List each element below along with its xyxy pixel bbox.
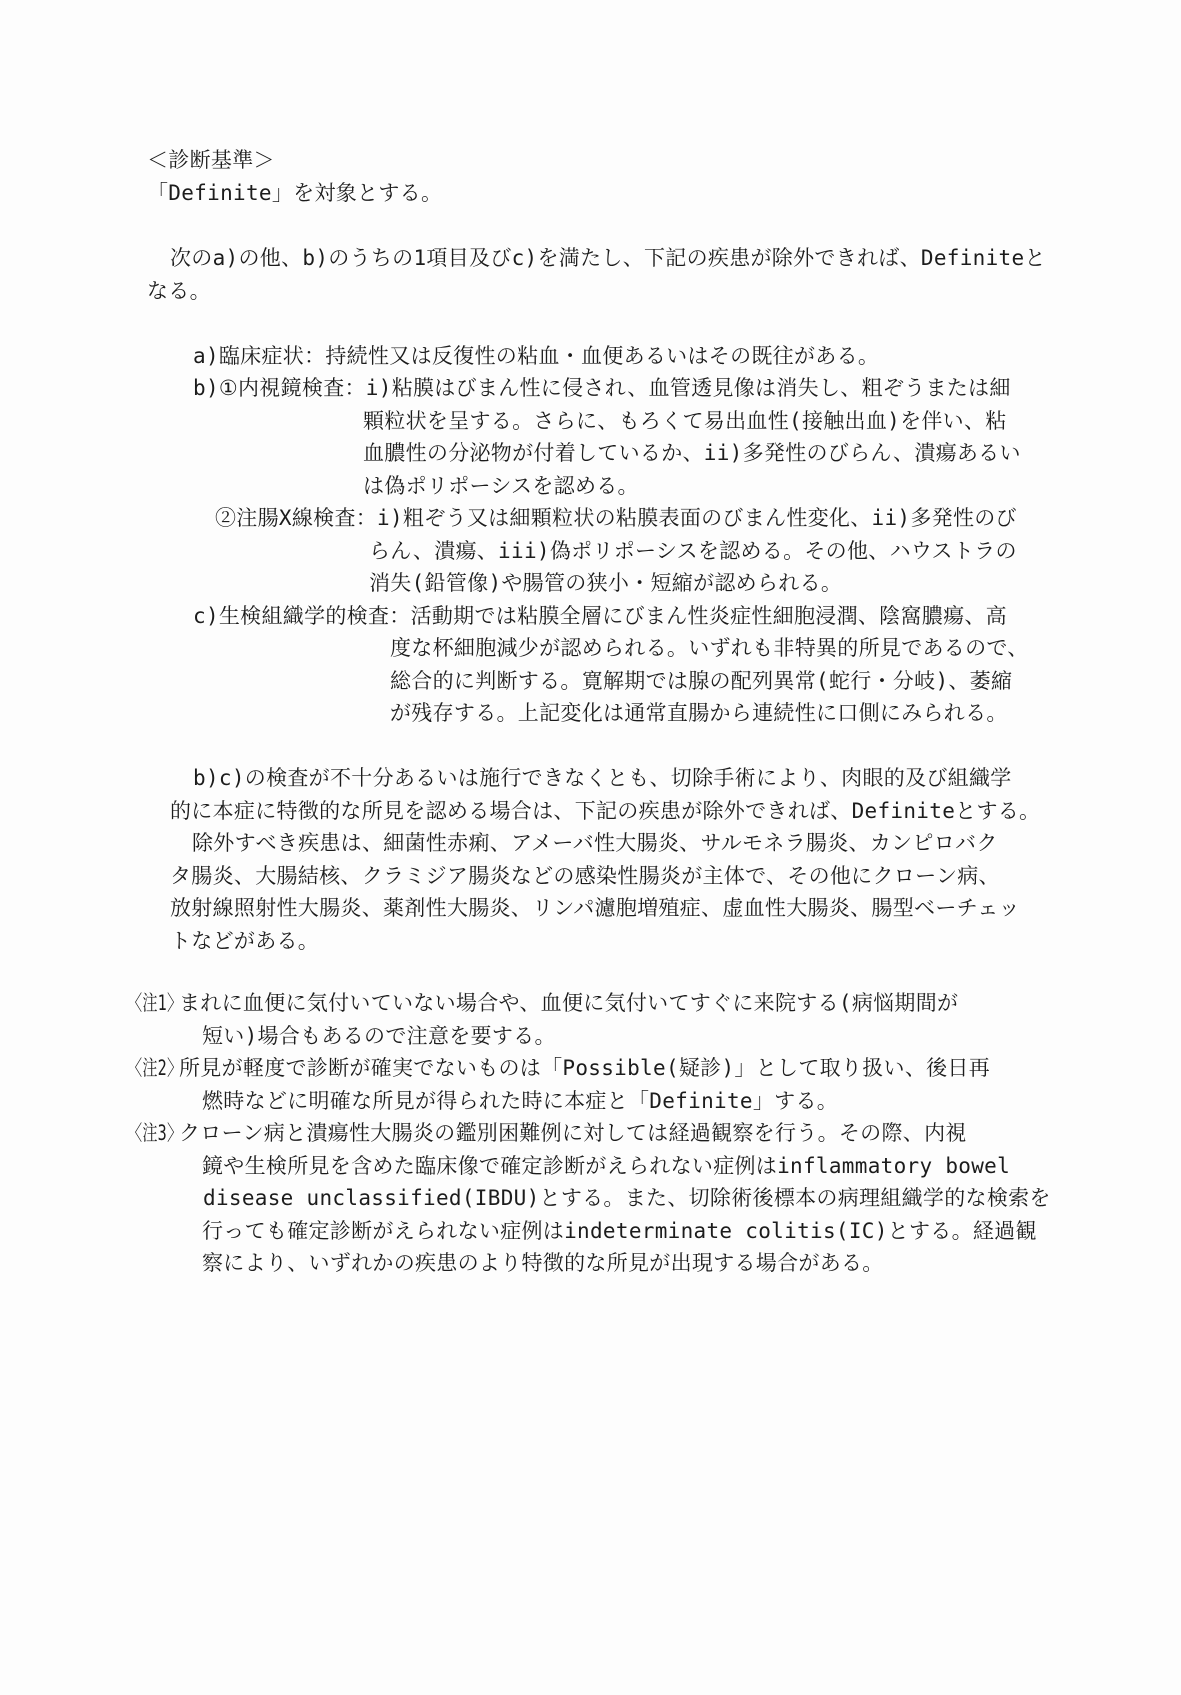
supplementary-paragraph-line-6: トなどがある。 [170,927,319,955]
note-1-line-2: 短い)場合もあるので注意を要する。 [202,1022,556,1050]
note-2-text: 所見が軽度で診断が確実でないものは「Possible(疑診)」として取り扱い、後… [179,1056,990,1080]
note-2-marker: 〈注2〉 [127,1054,179,1082]
note-1-line-1: 〈注1〉まれに血便に気付いていない場合や、血便に気付いてすぐに来院する(病悩期間… [127,989,958,1017]
supplementary-paragraph-line-3: 除外すべき疾患は、細菌性赤痢、アメーバ性大腸炎、サルモネラ腸炎、カンピロバク [192,829,998,857]
criterion-a-clinical-symptoms-line-1: a)臨床症状：持続性又は反復性の粘血・血便あるいはその既往がある。 [193,342,879,370]
note-3-line-2: 鏡や生検所見を含めた臨床像で確定診断がえられない症例はinflammatory … [202,1152,1010,1180]
intro-paragraph-line-1: 次のa)の他、b)のうちの1項目及びc)を満たし、下記の疾患が除外できれば、De… [170,244,1046,272]
note-3-line-5: 察により、いずれかの疾患のより特徴的な所見が出現する場合がある。 [202,1249,884,1277]
supplementary-paragraph-line-1: b)c)の検査が不十分あるいは施行できなくとも、切除手術により、肉眼的及び組織学 [193,764,1012,792]
target-statement-line-1: 「Definite」を対象とする。 [147,179,442,207]
criterion-b2-barium-enema-xray-line-1: ②注腸X線検査：i)粗ぞう又は細顆粒状の粘膜表面のびまん性変化、ii)多発性のび [215,504,1017,532]
criterion-c-biopsy-histology-line-3: 総合的に判断する。寛解期では腺の配列異常(蛇行・分岐)、萎縮 [390,667,1012,695]
note-2-line-1: 〈注2〉所見が軽度で診断が確実でないものは「Possible(疑診)」として取り… [127,1054,990,1082]
criterion-b1-endoscopy-line-4: は偽ポリポーシスを認める。 [363,472,639,500]
note-3-text: クローン病と潰瘍性大腸炎の鑑別困難例に対しては経過観察を行う。その際、内視 [179,1121,967,1145]
criterion-c-biopsy-histology-line-4: が残存する。上記変化は通常直腸から連続性に口側にみられる。 [390,699,1008,727]
note-3-line-3: disease unclassified(IBDU)とする。また、切除術後標本の… [203,1184,1051,1212]
intro-paragraph-line-2: なる。 [147,277,211,305]
note-3-marker: 〈注3〉 [127,1119,179,1147]
criterion-b2-barium-enema-xray-line-2: らん、潰瘍、iii)偽ポリポーシスを認める。その他、ハウストラの [369,537,1017,565]
note-3-line-1: 〈注3〉クローン病と潰瘍性大腸炎の鑑別困難例に対しては経過観察を行う。その際、内… [127,1119,967,1147]
criterion-b1-endoscopy-line-1: b)①内視鏡検査：i)粘膜はびまん性に侵され、血管透見像は消失し、粗ぞうまたは細 [193,374,1011,402]
supplementary-paragraph-line-4: タ腸炎、大腸結核、クラミジア腸炎などの感染性腸炎が主体で、その他にクローン病、 [170,862,1000,890]
criterion-b2-barium-enema-xray-line-3: 消失(鉛管像)や腸管の狭小・短縮が認められる。 [369,569,842,597]
criterion-c-biopsy-histology-line-2: 度な杯細胞減少が認められる。いずれも非特異的所見であるので、 [390,634,1029,662]
supplementary-paragraph-line-2: 的に本症に特徴的な所見を認める場合は、下記の疾患が除外できれば、Definite… [170,797,1040,825]
criterion-c-biopsy-histology-line-1: c)生検組織学的検査：活動期では粘膜全層にびまん性炎症性細胞浸潤、陰窩膿瘍、高 [193,602,1007,630]
heading-line-1: ＜診断基準＞ [147,146,275,174]
note-1-marker: 〈注1〉 [127,989,179,1017]
document-page: ＜診断基準＞「Definite」を対象とする。次のa)の他、b)のうちの1項目及… [0,0,1181,1695]
note-1-text: まれに血便に気付いていない場合や、血便に気付いてすぐに来院する(病悩期間が [179,991,958,1015]
note-2-line-2: 燃時などに明確な所見が得られた時に本症と「Definite」する。 [202,1087,838,1115]
supplementary-paragraph-line-5: 放射線照射性大腸炎、薬剤性大腸炎、リンパ濾胞増殖症、虚血性大腸炎、腸型ベーチェッ [170,894,1020,922]
criterion-b1-endoscopy-line-2: 顆粒状を呈する。さらに、もろくて易出血性(接触出血)を伴い、粘 [363,407,1007,435]
criterion-b1-endoscopy-line-3: 血膿性の分泌物が付着しているか、ii)多発性のびらん、潰瘍あるい [363,439,1021,467]
note-3-line-4: 行っても確定診断がえられない症例はindeterminate colitis(I… [202,1217,1037,1245]
